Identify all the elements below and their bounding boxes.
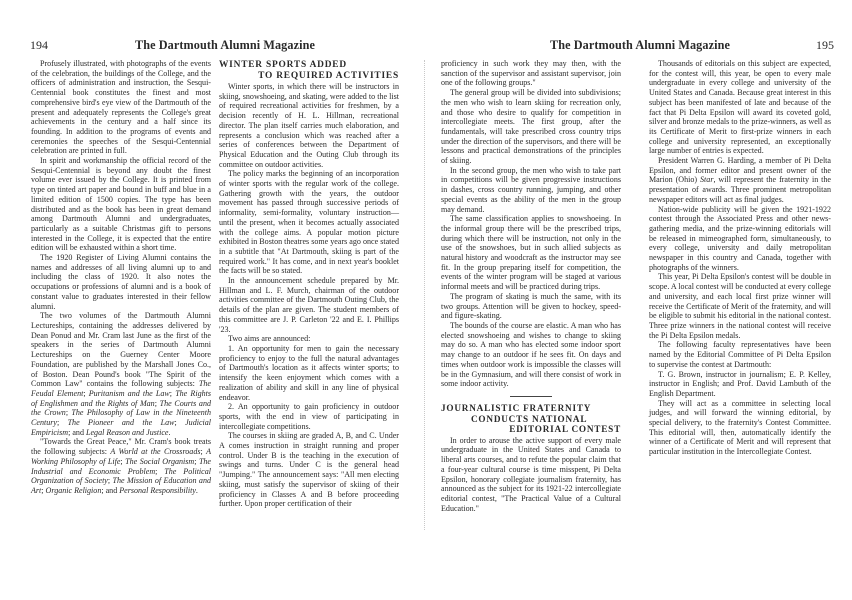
paragraph: Profusely illustrated, with photographs … bbox=[31, 59, 211, 156]
subject: The Pioneer and the Law bbox=[68, 418, 175, 427]
paragraph: This year, Pi Delta Epsilon's contest wi… bbox=[649, 272, 831, 340]
column-4-editorial-contest-continued: Thousands of editorials on this subject … bbox=[649, 59, 831, 457]
conjunction: and bbox=[106, 486, 118, 495]
paragraph: The 1920 Register of Living Alumni conta… bbox=[31, 253, 211, 311]
section-divider-rule bbox=[510, 396, 552, 397]
article-headline-journalistic-fraternity: JOURNALISTIC FRATERNITY CONDUCTS NATIONA… bbox=[441, 403, 621, 435]
paragraph: In the second group, the men who wish to… bbox=[441, 166, 621, 215]
paragraph: The courses in skiing are graded A, B, a… bbox=[219, 431, 399, 509]
paragraph: The bounds of the course are elastic. A … bbox=[441, 321, 621, 389]
column-1-sesqui-centennial-books: Profusely illustrated, with photographs … bbox=[31, 59, 211, 496]
headline-line: JOURNALISTIC FRATERNITY bbox=[441, 403, 621, 414]
conjunction: and bbox=[72, 428, 84, 437]
paragraph: In order to arouse the active support of… bbox=[441, 436, 621, 514]
page-header-right: The Dartmouth Alumni Magazine 195 bbox=[438, 38, 834, 54]
paragraph-pound-subjects: The two volumes of the Dartmouth Alumni … bbox=[31, 311, 211, 437]
column-3-winter-sports-continued: proficiency in such work they may then, … bbox=[441, 59, 621, 513]
paragraph: The program of skating is much the same,… bbox=[441, 292, 621, 321]
page-number-right: 195 bbox=[816, 38, 834, 53]
paragraph: In the announcement schedule prepared by… bbox=[219, 276, 399, 334]
headline-line: TO REQUIRED ACTIVITIES bbox=[219, 71, 399, 82]
headline-line: EDITORIAL CONTEST bbox=[441, 424, 621, 435]
subject: Organic Religion bbox=[46, 486, 102, 495]
paragraph: Winter sports, in which there will be in… bbox=[219, 82, 399, 169]
paragraph: Nation-wide publicity will be given the … bbox=[649, 205, 831, 273]
paragraph: 1. An opportunity for men to gain the ne… bbox=[219, 344, 399, 402]
newspaper-name: Star bbox=[700, 175, 713, 184]
paragraph: Two aims are announced: bbox=[219, 334, 399, 344]
page-header-left: 194 The Dartmouth Alumni Magazine bbox=[30, 38, 410, 54]
paragraph: The following faculty representatives ha… bbox=[649, 340, 831, 369]
column-2-winter-sports-article: WINTER SPORTS ADDED TO REQUIRED ACTIVITI… bbox=[219, 59, 399, 509]
paragraph: Thousands of editorials on this subject … bbox=[649, 59, 831, 156]
paragraph: proficiency in such work they may then, … bbox=[441, 59, 621, 88]
paragraph: The general group will be divided into s… bbox=[441, 88, 621, 166]
magazine-title-right: The Dartmouth Alumni Magazine bbox=[550, 38, 730, 53]
paragraph: The same classification applies to snows… bbox=[441, 214, 621, 292]
paragraph: They will act as a committee in selectin… bbox=[649, 399, 831, 457]
paragraph: In spirit and workmanship the official r… bbox=[31, 156, 211, 253]
page-number-left: 194 bbox=[30, 38, 48, 53]
paragraph-cram-subjects: "Towards the Great Peace," Mr. Cram's bo… bbox=[31, 437, 211, 495]
paragraph-harding: President Warren G. Harding, a member of… bbox=[649, 156, 831, 205]
headline-line: CONDUCTS NATIONAL bbox=[441, 414, 621, 425]
paragraph: The policy marks the beginning of an inc… bbox=[219, 169, 399, 276]
pound-intro: The two volumes of the Dartmouth Alumni … bbox=[31, 311, 211, 388]
subject: Legal Reason and Justice bbox=[86, 428, 168, 437]
subject: A World at the Crossroads bbox=[110, 447, 200, 456]
subject: Personal Responsibility bbox=[119, 486, 196, 495]
magazine-spread: 194 The Dartmouth Alumni Magazine Profus… bbox=[0, 0, 852, 600]
paragraph: T. G. Brown, instructor in journalism; E… bbox=[649, 370, 831, 399]
subject: The Social Organism bbox=[125, 457, 194, 466]
magazine-title-left: The Dartmouth Alumni Magazine bbox=[135, 38, 315, 53]
article-headline-winter-sports: WINTER SPORTS ADDED TO REQUIRED ACTIVITI… bbox=[219, 60, 399, 82]
paragraph: 2. An opportunity to gain proficiency in… bbox=[219, 402, 399, 431]
subject: Puritanism and the Law bbox=[89, 389, 170, 398]
headline-line: WINTER SPORTS ADDED bbox=[219, 60, 399, 71]
